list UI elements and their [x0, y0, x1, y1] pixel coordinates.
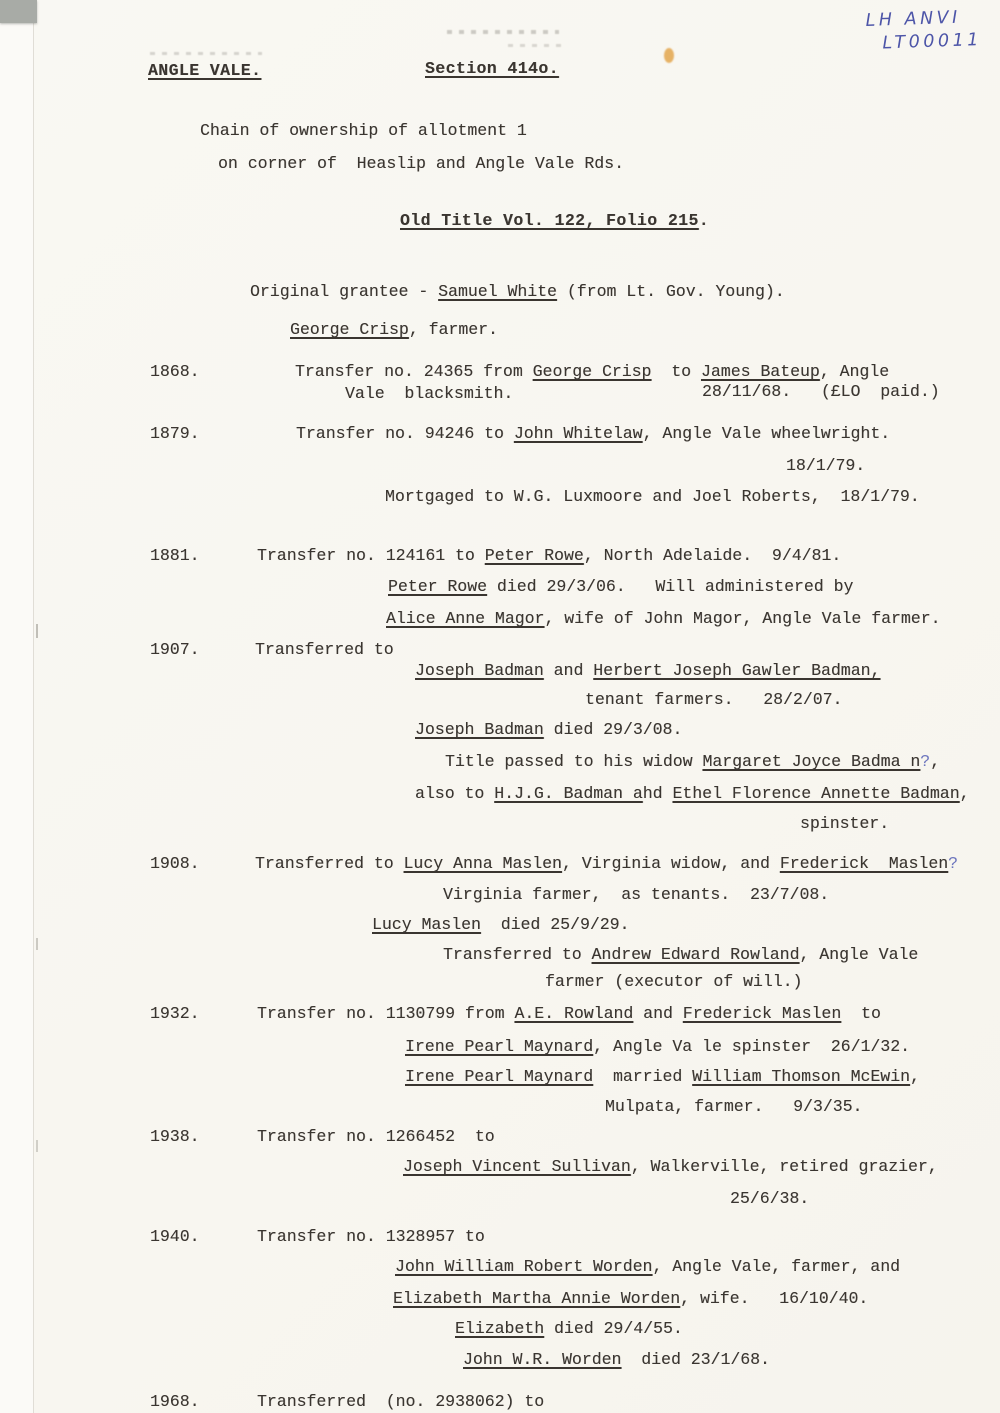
underlined-name: Joseph Badman — [415, 661, 544, 680]
underlined-name: Irene Pearl Maynard — [405, 1067, 593, 1086]
text-segment: Transfer no. 24365 from — [295, 362, 533, 381]
text-segment: tenant farmers. 28/2/07. — [585, 690, 842, 709]
year-1868: 1868. — [150, 361, 200, 383]
underlined-name: Elizabeth — [455, 1319, 544, 1338]
document-line: Transfer no. 1328957 to — [257, 1226, 485, 1248]
document-page: LH ANVI LT00011 ANGLE VALE.Section 414o.… — [0, 0, 1000, 1413]
document-line: also to H.J.G. Badman ahd Ethel Florence… — [415, 783, 970, 805]
text-segment: Transferred to — [255, 640, 394, 659]
blue-annotation-mark: ? — [948, 854, 958, 873]
underlined-name: James Bateup — [701, 362, 820, 381]
erased-text-smudge — [150, 52, 262, 55]
text-segment: spinster. — [800, 814, 889, 833]
year-1907: 1907. — [150, 639, 200, 661]
underlined-name: Old Title Vol. 122, Folio 215 — [400, 211, 699, 230]
document-line: Transfer no. 1266452 to — [257, 1126, 495, 1148]
document-line: Irene Pearl Maynard, Angle Va le spinste… — [405, 1036, 910, 1058]
document-line: John William Robert Worden, Angle Vale, … — [395, 1256, 900, 1278]
underlined-name: Lucy Anna Maslen — [404, 854, 562, 873]
underlined-name: Frederick Maslen — [780, 854, 948, 873]
text-segment: , — [960, 784, 970, 803]
document-line: 28/11/68. (£LO paid.) — [702, 381, 940, 403]
text-segment: 28/11/68. (£LO paid.) — [702, 382, 940, 401]
document-line: Vale blacksmith. — [345, 383, 513, 405]
document-line: Joseph Badman and Herbert Joseph Gawler … — [415, 660, 880, 682]
text-segment: Mortgaged to W.G. Luxmoore and Joel Robe… — [385, 487, 920, 506]
year-1968: 1968. — [150, 1391, 200, 1413]
subtitle-line: Chain of ownership of allotment 1 — [200, 120, 527, 142]
text-segment: 1907. — [150, 640, 200, 659]
underlined-name: Margaret Joyce Badma n — [702, 752, 920, 771]
text-segment: , Virginia widow, and — [562, 854, 780, 873]
document-line: George Crisp, farmer. — [290, 319, 498, 341]
text-segment: Chain of ownership of allotment 1 — [200, 121, 527, 140]
underlined-name: John Whitelaw — [514, 424, 643, 443]
document-line: tenant farmers. 28/2/07. — [585, 689, 842, 711]
underlined-name: A.E. Rowland — [514, 1004, 633, 1023]
text-segment: Transfer no. 94246 to — [296, 424, 514, 443]
year-1908: 1908. — [150, 853, 200, 875]
year-1932: 1932. — [150, 1003, 200, 1025]
text-segment: Original grantee - — [250, 282, 438, 301]
underlined-name: Peter Rowe — [388, 577, 487, 596]
scan-corner-artifact — [0, 0, 37, 23]
text-segment: 1968. — [150, 1392, 200, 1411]
text-segment: . — [699, 211, 709, 230]
document-line: Mulpata, farmer. 9/3/35. — [605, 1096, 862, 1118]
underlined-name: Andrew Edward Rowland — [592, 945, 800, 964]
text-segment: 1940. — [150, 1227, 200, 1246]
document-line: Virginia farmer, as tenants. 23/7/08. — [443, 884, 829, 906]
text-segment: married — [593, 1067, 692, 1086]
underlined-name: Elizabeth Martha Annie Worden — [393, 1289, 680, 1308]
document-line: Irene Pearl Maynard married William Thom… — [405, 1066, 920, 1088]
document-line: Lucy Maslen died 25/9/29. — [372, 914, 629, 936]
document-line: Alice Anne Magor, wife of John Magor, An… — [386, 608, 941, 630]
text-segment: on corner of Heaslip and Angle Vale Rds. — [218, 154, 624, 173]
text-segment: , farmer. — [409, 320, 498, 339]
text-segment: and — [633, 1004, 683, 1023]
page-edge-strip — [0, 0, 34, 1413]
document-line: Joseph Badman died 29/3/08. — [415, 719, 682, 741]
text-segment: Transferred (no. 2938062) to — [257, 1392, 544, 1411]
year-1879: 1879. — [150, 423, 200, 445]
text-segment: Mulpata, farmer. 9/3/35. — [605, 1097, 862, 1116]
page-title-locality: ANGLE VALE. — [148, 60, 261, 82]
text-segment: died 29/3/08. — [544, 720, 683, 739]
underlined-name: Alice Anne Magor — [386, 609, 544, 628]
text-segment: 1938. — [150, 1127, 200, 1146]
document-line: Transfer no. 94246 to John Whitelaw, Ang… — [296, 423, 890, 445]
text-segment: Transfer no. 124161 to — [257, 546, 485, 565]
text-segment: Title passed to his widow — [445, 752, 702, 771]
text-segment: Transfer no. 1266452 to — [257, 1127, 495, 1146]
document-line: Elizabeth Martha Annie Worden, wife. 16/… — [393, 1288, 868, 1310]
year-1940: 1940. — [150, 1226, 200, 1248]
scan-artifact-tick — [36, 1140, 38, 1152]
document-line: Transfer no. 124161 to Peter Rowe, North… — [257, 545, 841, 567]
underlined-name: George Crisp — [533, 362, 652, 381]
document-line: spinster. — [800, 813, 889, 835]
text-segment: 1879. — [150, 424, 200, 443]
scan-artifact-tick — [36, 624, 38, 638]
underlined-name: Irene Pearl Maynard — [405, 1037, 593, 1056]
text-segment: also to — [415, 784, 494, 803]
text-segment: , North Adelaide. 9/4/81. — [584, 546, 841, 565]
text-segment: Transferred to — [255, 854, 404, 873]
page-title-section: Section 414o. — [425, 58, 559, 80]
underlined-name: Peter Rowe — [485, 546, 584, 565]
text-segment: 1881. — [150, 546, 200, 565]
text-segment: , Angle Vale wheelwright. — [643, 424, 891, 443]
text-segment: , Angle — [820, 362, 889, 381]
document-line: Joseph Vincent Sullivan, Walkerville, re… — [403, 1156, 938, 1178]
grantee-line: Original grantee - Samuel White (from Lt… — [250, 281, 785, 303]
text-segment: Transfer no. 1328957 to — [257, 1227, 485, 1246]
text-segment: died 25/9/29. — [481, 915, 630, 934]
underlined-name: John W.R. Worden — [463, 1350, 621, 1369]
document-line: Title passed to his widow Margaret Joyce… — [445, 751, 940, 773]
underlined-name: Herbert Joseph Gawler Badman, — [593, 661, 880, 680]
underlined-name: Lucy Maslen — [372, 915, 481, 934]
handwritten-annotation: LH ANVI LT00011 — [865, 6, 982, 56]
text-segment: , wife of John Magor, Angle Vale farmer. — [544, 609, 940, 628]
document-line: Elizabeth died 29/4/55. — [455, 1318, 683, 1340]
erased-text-smudge — [508, 44, 566, 47]
document-line: Transferred to — [255, 639, 394, 661]
document-line: Transfer no. 24365 from George Crisp to … — [295, 361, 889, 383]
text-segment: hd — [643, 784, 673, 803]
handwritten-code-line2: LT00011 — [866, 29, 982, 56]
text-segment: Virginia farmer, as tenants. 23/7/08. — [443, 885, 829, 904]
document-line: 18/1/79. — [786, 455, 865, 477]
text-segment: , Angle Vale, farmer, and — [652, 1257, 900, 1276]
text-segment: , — [930, 752, 940, 771]
text-segment: to — [841, 1004, 881, 1023]
text-segment: farmer (executor of will.) — [545, 972, 802, 991]
document-line: 25/6/38. — [730, 1188, 809, 1210]
text-segment: Transferred to — [443, 945, 592, 964]
blue-annotation-mark: ? — [920, 752, 930, 771]
text-segment: 25/6/38. — [730, 1189, 809, 1208]
underlined-name: Joseph Vincent Sullivan — [403, 1157, 631, 1176]
underlined-name: Joseph Badman — [415, 720, 544, 739]
text-segment: (from Lt. Gov. Young). — [557, 282, 785, 301]
text-segment: , Angle Vale — [799, 945, 918, 964]
text-segment: 1932. — [150, 1004, 200, 1023]
text-segment: 18/1/79. — [786, 456, 865, 475]
document-line: Transferred (no. 2938062) to — [257, 1391, 544, 1413]
text-segment: and — [544, 661, 594, 680]
text-segment: , wife. 16/10/40. — [680, 1289, 868, 1308]
underlined-name: ANGLE VALE. — [148, 61, 261, 80]
document-line: farmer (executor of will.) — [545, 971, 802, 993]
text-segment: died 23/1/68. — [621, 1350, 770, 1369]
underlined-name: John William Robert Worden — [395, 1257, 652, 1276]
document-line: Transferred to Andrew Edward Rowland, An… — [443, 944, 918, 966]
underlined-name: William Thomson McEwin — [692, 1067, 910, 1086]
document-line: Mortgaged to W.G. Luxmoore and Joel Robe… — [385, 486, 920, 508]
document-line: Transferred to Lucy Anna Maslen, Virgini… — [255, 853, 958, 875]
paper-stain-dot — [664, 48, 674, 63]
year-1881: 1881. — [150, 545, 200, 567]
underlined-name: Section 414o. — [425, 59, 559, 78]
text-segment: 1868. — [150, 362, 200, 381]
scan-artifact-tick — [36, 938, 38, 950]
document-line: Peter Rowe died 29/3/06. Will administer… — [388, 576, 853, 598]
erased-text-smudge — [447, 30, 559, 34]
old-title-heading: Old Title Vol. 122, Folio 215. — [400, 210, 709, 232]
text-segment: , Angle Va le spinster 26/1/32. — [593, 1037, 910, 1056]
underlined-name: George Crisp — [290, 320, 409, 339]
text-segment: to — [651, 362, 701, 381]
subtitle-line: on corner of Heaslip and Angle Vale Rds. — [218, 153, 624, 175]
underlined-name: Ethel Florence Annette Badman — [672, 784, 959, 803]
text-segment: Transfer no. 1130799 from — [257, 1004, 514, 1023]
text-segment: 1908. — [150, 854, 200, 873]
underlined-name: Frederick Maslen — [683, 1004, 841, 1023]
year-1938: 1938. — [150, 1126, 200, 1148]
underlined-name: H.J.G. Badman a — [494, 784, 643, 803]
text-segment: , Walkerville, retired grazier, — [631, 1157, 938, 1176]
document-line: Transfer no. 1130799 from A.E. Rowland a… — [257, 1003, 881, 1025]
text-segment: Vale blacksmith. — [345, 384, 513, 403]
text-segment: died 29/3/06. Will administered by — [487, 577, 853, 596]
text-segment: , — [910, 1067, 920, 1086]
text-segment: died 29/4/55. — [544, 1319, 683, 1338]
underlined-name: Samuel White — [438, 282, 557, 301]
document-line: John W.R. Worden died 23/1/68. — [463, 1349, 770, 1371]
